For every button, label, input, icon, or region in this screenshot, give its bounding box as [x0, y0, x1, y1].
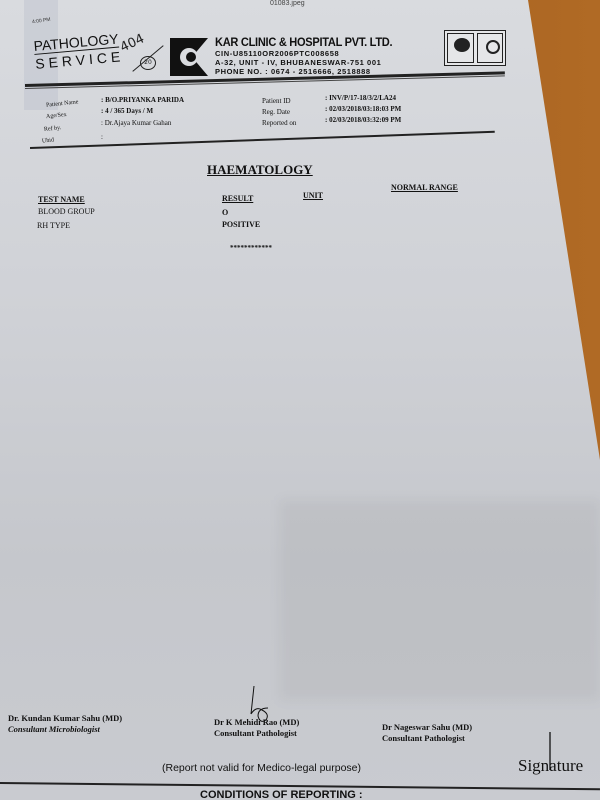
- end-of-report-marker: ************: [230, 244, 272, 252]
- reported-on: : 02/03/2018/03:32:09 PM: [325, 116, 401, 124]
- shadow: [280, 500, 600, 700]
- label-reg-date: Reg. Date: [262, 108, 290, 116]
- signature-stroke-icon: [546, 732, 554, 772]
- doctor-1: Dr. Kundan Kumar Sahu (MD) Consultant Mi…: [8, 713, 122, 735]
- patient-ref-by: : Dr.Ajaya Kumar Gahan: [101, 119, 171, 127]
- clinic-info: KAR CLINIC & HOSPITAL PVT. LTD. CIN-U851…: [215, 35, 408, 76]
- file-name: 01083.jpeg: [270, 0, 305, 7]
- test-name-rh-type: RH TYPE: [37, 221, 70, 230]
- column-result: RESULT: [222, 194, 253, 203]
- result-rh-type: POSITIVE: [222, 220, 260, 229]
- handwritten-signature-icon: [248, 684, 274, 724]
- result-blood-group: O: [222, 208, 228, 217]
- label-patient-id: Patient ID: [262, 97, 291, 105]
- disclaimer: (Report not valid for Medico-legal purpo…: [162, 762, 361, 774]
- doctor-3: Dr Nageswar Sahu (MD) Consultant Patholo…: [382, 722, 472, 744]
- patient-name: : B/O.PRIYANKA PARIDA: [101, 96, 184, 104]
- doctor-3-title: Consultant Pathologist: [382, 733, 472, 744]
- label-uhid: Uhid: [42, 137, 55, 144]
- column-normal-range: NORMAL RANGE: [391, 183, 458, 192]
- section-title: HAEMATOLOGY: [207, 162, 313, 178]
- clinic-cin: CIN-U85110OR2006PTC008658: [215, 49, 408, 58]
- conditions-heading: CONDITIONS OF REPORTING :: [200, 789, 363, 800]
- reg-date: : 02/03/2018/03:18:03 PM: [325, 105, 401, 113]
- column-unit: UNIT: [303, 191, 323, 200]
- clinic-logo-icon: [170, 38, 208, 76]
- nabl-certification-icon: [447, 33, 474, 63]
- clinic-name: KAR CLINIC & HOSPITAL PVT. LTD.: [215, 35, 392, 49]
- accreditation-seal-icon: [477, 33, 504, 63]
- doctor-1-title: Consultant Microbiologist: [8, 724, 122, 735]
- test-name-blood-group: BLOOD GROUP: [38, 207, 95, 216]
- certification-logos: [444, 30, 506, 66]
- handwritten-circled: 20: [140, 56, 156, 70]
- label-reported-on: Reported on: [262, 119, 296, 127]
- doctor-1-name: Dr. Kundan Kumar Sahu (MD): [8, 713, 122, 724]
- doctor-2-title: Consultant Pathologist: [214, 728, 299, 739]
- patient-id: : INV/P/17-18/3/2/LA24: [325, 94, 396, 102]
- clinic-address: A-32, UNIT - IV, BHUBANESWAR-751 001: [215, 58, 408, 67]
- patient-age-sex: : 4 / 365 Days / M: [101, 107, 153, 115]
- column-test-name: TEST NAME: [38, 195, 85, 204]
- patient-uhid: :: [101, 133, 103, 141]
- doctor-3-name: Dr Nageswar Sahu (MD): [382, 722, 472, 733]
